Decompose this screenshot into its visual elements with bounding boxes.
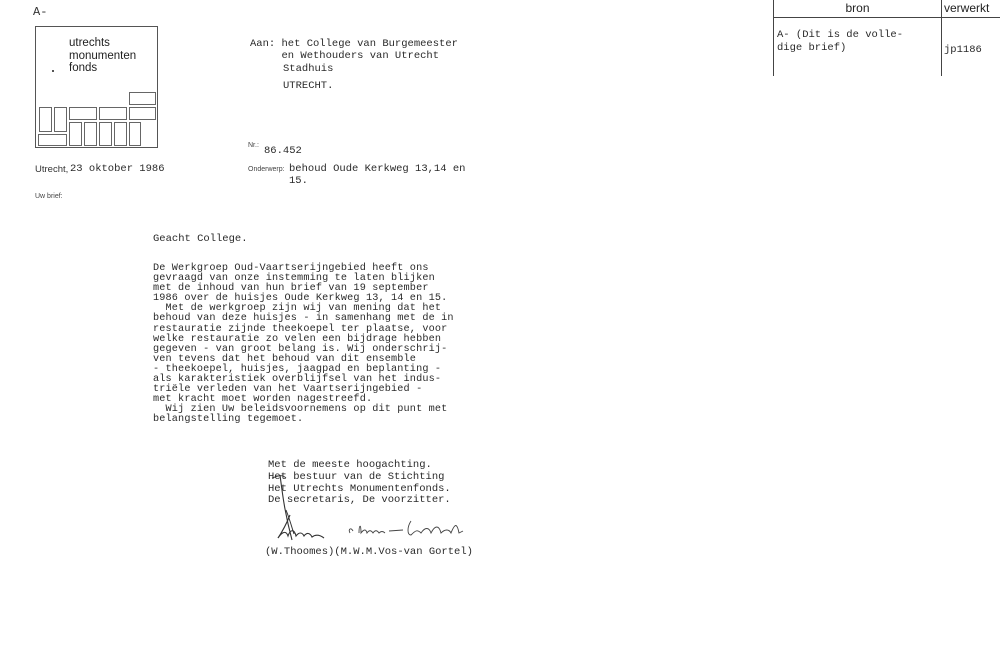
logo-block <box>114 122 127 146</box>
letter-body: De Werkgroep Oud-Vaartserijngebied heeft… <box>153 264 454 426</box>
reference-number-label: Nr.: <box>248 142 259 149</box>
signature-vos-van-gortel <box>345 515 480 540</box>
salutation: Geacht College. <box>153 233 248 245</box>
subject-label: Onderwerp: <box>248 166 285 173</box>
utrechts-monumentenfonds-logo: utrechts monumenten fonds <box>35 26 158 148</box>
recipient-address: Aan: het College van Burgemeester en Wet… <box>250 38 458 62</box>
logo-block <box>54 107 67 132</box>
address-line: Stadhuis <box>283 63 333 75</box>
place-label: Utrecht, <box>35 164 68 175</box>
logo-block <box>39 107 52 132</box>
logo-block <box>129 122 141 146</box>
signatory-names: (W.Thoomes)(M.W.M.Vos-van Gortel) <box>265 546 473 558</box>
logo-block <box>99 107 127 120</box>
archive-table: bron verwerkt A- (Dit is de volle- dige … <box>773 0 1000 76</box>
table-divider <box>941 0 942 76</box>
logo-block <box>99 122 112 146</box>
table-cell-bron: A- (Dit is de volle- dige brief) <box>777 29 903 55</box>
signature-thoomes <box>262 470 332 545</box>
address-line: Aan: het College van Burgemeester <box>250 38 458 50</box>
subject-value: behoud Oude Kerkweg 13,14 en 15. <box>289 163 465 187</box>
logo-block <box>84 122 97 146</box>
table-header-rule <box>773 17 1000 18</box>
logo-block <box>69 107 97 120</box>
logo-block <box>129 92 156 105</box>
address-line: en Wethouders van Utrecht <box>250 50 439 62</box>
table-header-verwerkt: verwerkt <box>944 1 989 15</box>
reference-number: 86.452 <box>264 145 302 157</box>
letter-date: 23 oktober 1986 <box>70 163 165 175</box>
address-line: UTRECHT. <box>283 80 333 92</box>
your-letter-label: Uw brief: <box>35 193 63 200</box>
table-header-bron: bron <box>774 1 941 15</box>
logo-block <box>38 134 67 146</box>
logo-block <box>69 122 82 146</box>
logo-dot <box>52 70 54 72</box>
document-marker: A- <box>33 5 47 19</box>
logo-text: utrechts monumenten fonds <box>69 37 136 75</box>
logo-block <box>129 107 156 120</box>
table-cell-verwerkt: jp1186 <box>944 44 982 56</box>
